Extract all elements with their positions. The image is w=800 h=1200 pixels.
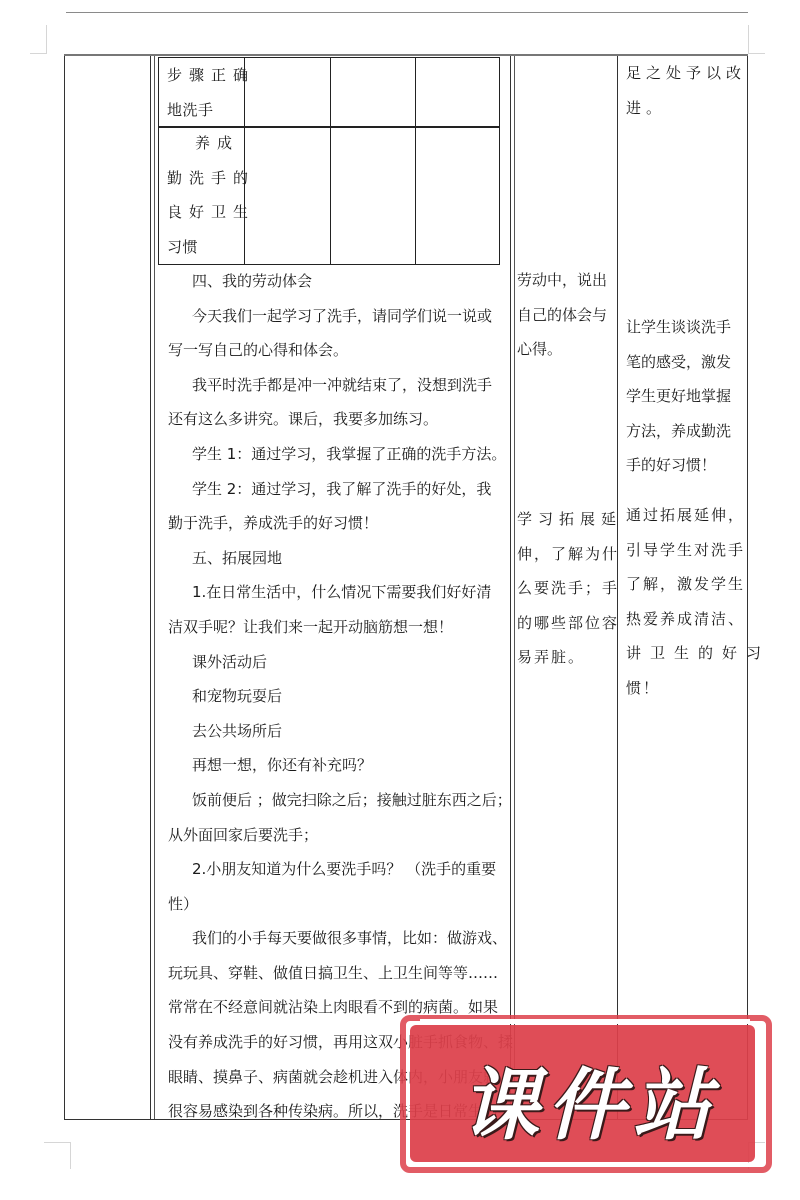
eval-row-1-label: 步骤正确 地洗手 — [167, 58, 255, 127]
header-rule — [66, 12, 748, 13]
eval-label-line: 勤洗手的 — [167, 161, 255, 196]
section-heading: 四、我的劳动体会 — [168, 264, 506, 299]
paragraph-line: 从外面回家后要洗手； — [168, 818, 506, 853]
paragraph-line: 还有这么多讲究。课后，我要多加练习。 — [168, 402, 506, 437]
intent-line: 进。 — [626, 91, 744, 126]
paragraph-line: 学生 2：通过学习，我了解了洗手的好处，我 — [168, 472, 506, 507]
intent-line: 通过拓展延伸， — [626, 498, 744, 533]
eval-label-line: 地洗手 — [167, 93, 255, 128]
activity-line: 劳动中，说出 — [517, 263, 613, 298]
activity-line: 自己的体会与 — [517, 298, 613, 333]
intent-line: 讲卫生的好习 — [626, 636, 744, 671]
paragraph-line: 写一写自己的心得和体会。 — [168, 333, 506, 368]
watermark-text: 课件站 — [440, 1043, 740, 1155]
design-intent-block-2: 通过拓展延伸， 引导学生对洗手 了解，激发学生 热爱养成清洁、 讲卫生的好习 惯… — [626, 498, 744, 706]
student-activity-block-1: 劳动中，说出 自己的体会与 心得。 — [517, 263, 613, 367]
teaching-process-text: 四、我的劳动体会 今天我们一起学习了洗手，请同学们说一说或 写一写自己的心得和体… — [168, 264, 506, 1129]
intent-line: 足之处予以改 — [626, 56, 744, 91]
list-item: 课外活动后 — [168, 645, 506, 680]
eval-label-line: 习惯 — [167, 230, 255, 265]
paragraph-line: 2.小朋友知道为什么要洗手吗？ （洗手的重要 — [168, 852, 506, 887]
intent-line: 了解，激发学生 — [626, 567, 744, 602]
eval-row-2-label: 养成 勤洗手的 良好卫生 习惯 — [167, 126, 255, 264]
intent-line: 引导学生对洗手 — [626, 533, 744, 568]
page-corner-mark-bottom-left — [44, 1142, 71, 1169]
design-intent-block-0: 足之处予以改 进。 — [626, 56, 744, 125]
eval-col-divider — [330, 58, 331, 264]
paragraph-line: 我平时洗手都是冲一冲就结束了，没想到洗手 — [168, 368, 506, 403]
paragraph-line: 再想一想，你还有补充吗？ — [168, 748, 506, 783]
activity-line: 易弄脏。 — [517, 640, 613, 675]
page-corner-mark-top-left — [30, 25, 47, 54]
intent-line: 手的好习惯！ — [626, 448, 744, 483]
activity-line: 伸，了解为什 — [517, 537, 613, 572]
activity-line: 的哪些部位容 — [517, 606, 613, 641]
paragraph-line: 学生 1：通过学习，我掌握了正确的洗手方法。 — [168, 437, 506, 472]
paragraph-line: 饭前便后 ；做完扫除之后；接触过脏东西之后； — [168, 783, 506, 818]
intent-line: 惯！ — [626, 671, 744, 706]
watermark-stamp: 课件站 — [400, 1015, 772, 1173]
column-divider-1 — [150, 56, 151, 1119]
section-heading: 五、拓展园地 — [168, 541, 506, 576]
list-item: 和宠物玩耍后 — [168, 679, 506, 714]
eval-label-line: 良好卫生 — [167, 195, 255, 230]
activity-line: 心得。 — [517, 332, 613, 367]
page-corner-mark-top-right — [748, 25, 765, 54]
column-divider-1-double — [154, 56, 155, 1119]
paragraph-line: 我们的小手每天要做很多事情，比如：做游戏、 — [168, 921, 506, 956]
design-intent-block-1: 让学生谈谈洗手 笔的感受，激发 学生更好地掌握 方法，养成勤洗 手的好习惯！ — [626, 310, 744, 483]
eval-label-line: 步骤正确 — [167, 58, 255, 93]
column-divider-2 — [510, 56, 511, 1119]
paragraph-line: 今天我们一起学习了洗手，请同学们说一说或 — [168, 299, 506, 334]
paragraph-line: 勤于洗手，养成洗手的好习惯！ — [168, 506, 506, 541]
activity-line: 学习拓展延 — [517, 502, 613, 537]
intent-line: 热爱养成清洁、 — [626, 602, 744, 637]
column-divider-2-double — [514, 56, 515, 1119]
intent-line: 笔的感受，激发 — [626, 345, 744, 380]
paragraph-line: 1.在日常生活中，什么情况下需要我们好好清 — [168, 575, 506, 610]
eval-label-line: 养成 — [167, 126, 255, 161]
list-item: 去公共场所后 — [168, 714, 506, 749]
student-activity-block-2: 学习拓展延 伸，了解为什 么要洗手；手 的哪些部位容 易弄脏。 — [517, 502, 613, 675]
paragraph-line: 性） — [168, 887, 506, 922]
intent-line: 让学生谈谈洗手 — [626, 310, 744, 345]
activity-line: 么要洗手；手 — [517, 571, 613, 606]
stamp-frame-gap — [420, 1019, 750, 1024]
intent-line: 学生更好地掌握 — [626, 379, 744, 414]
paragraph-line: 洁双手呢？让我们来一起开动脑筋想一想！ — [168, 610, 506, 645]
intent-line: 方法，养成勤洗 — [626, 414, 744, 449]
stamp-frame-gap — [420, 1163, 750, 1167]
paragraph-line: 玩玩具、穿鞋、做值日搞卫生、上卫生间等等…… — [168, 956, 506, 991]
eval-col-divider — [415, 58, 416, 264]
